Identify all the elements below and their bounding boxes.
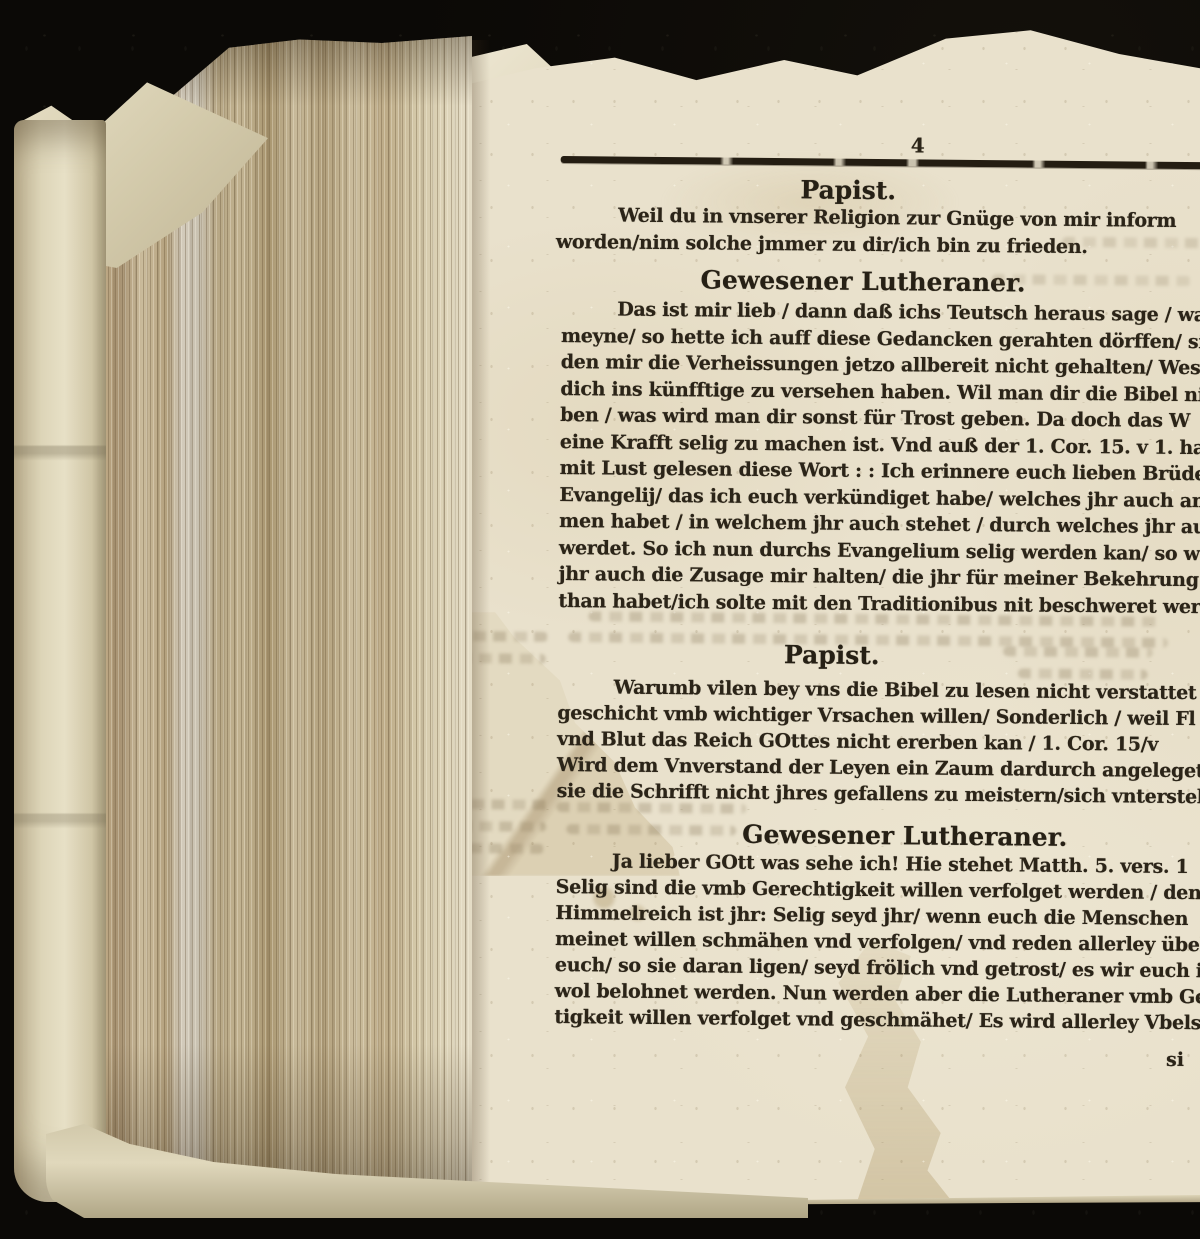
bleedthrough-smudge <box>566 824 736 836</box>
paragraph: Ja lieber GOtt was sehe ich! Hie stehet … <box>554 848 1200 1037</box>
paragraph: Weil du in vnserer Religion zur Gnüge vo… <box>562 202 1177 262</box>
bleedthrough-smudge <box>1003 646 1153 657</box>
section-heading: Papist. <box>800 175 896 205</box>
paragraph: Das ist mir lieb / dann daß ichs Teutsch… <box>558 296 1200 621</box>
bleedthrough-smudge <box>992 274 1192 286</box>
text-line: tigkeit willen verfolget vnd geschmähet/… <box>554 1004 1200 1037</box>
paragraph: Warumb vilen bey vns die Bibel zu lesen … <box>557 674 1200 811</box>
section-heading: Papist. <box>784 640 880 670</box>
page-number: 4 <box>911 133 925 157</box>
section-heading: Gewesener Lutheraner. <box>742 820 1067 852</box>
photograph-background: { "page": { "page_number": "4", "catchwo… <box>0 0 1200 1239</box>
bleedthrough-smudge <box>1062 237 1200 248</box>
section-heading: Gewesener Lutheraner. <box>700 265 1025 297</box>
book-page: 4 Papist. Weil du in vnserer Religion zu… <box>430 22 1200 1208</box>
page-text-block: 4 Papist. Weil du in vnserer Religion zu… <box>563 128 1200 135</box>
vellum-cover-left-edge <box>14 120 106 1202</box>
catchword: si <box>1166 1049 1184 1071</box>
